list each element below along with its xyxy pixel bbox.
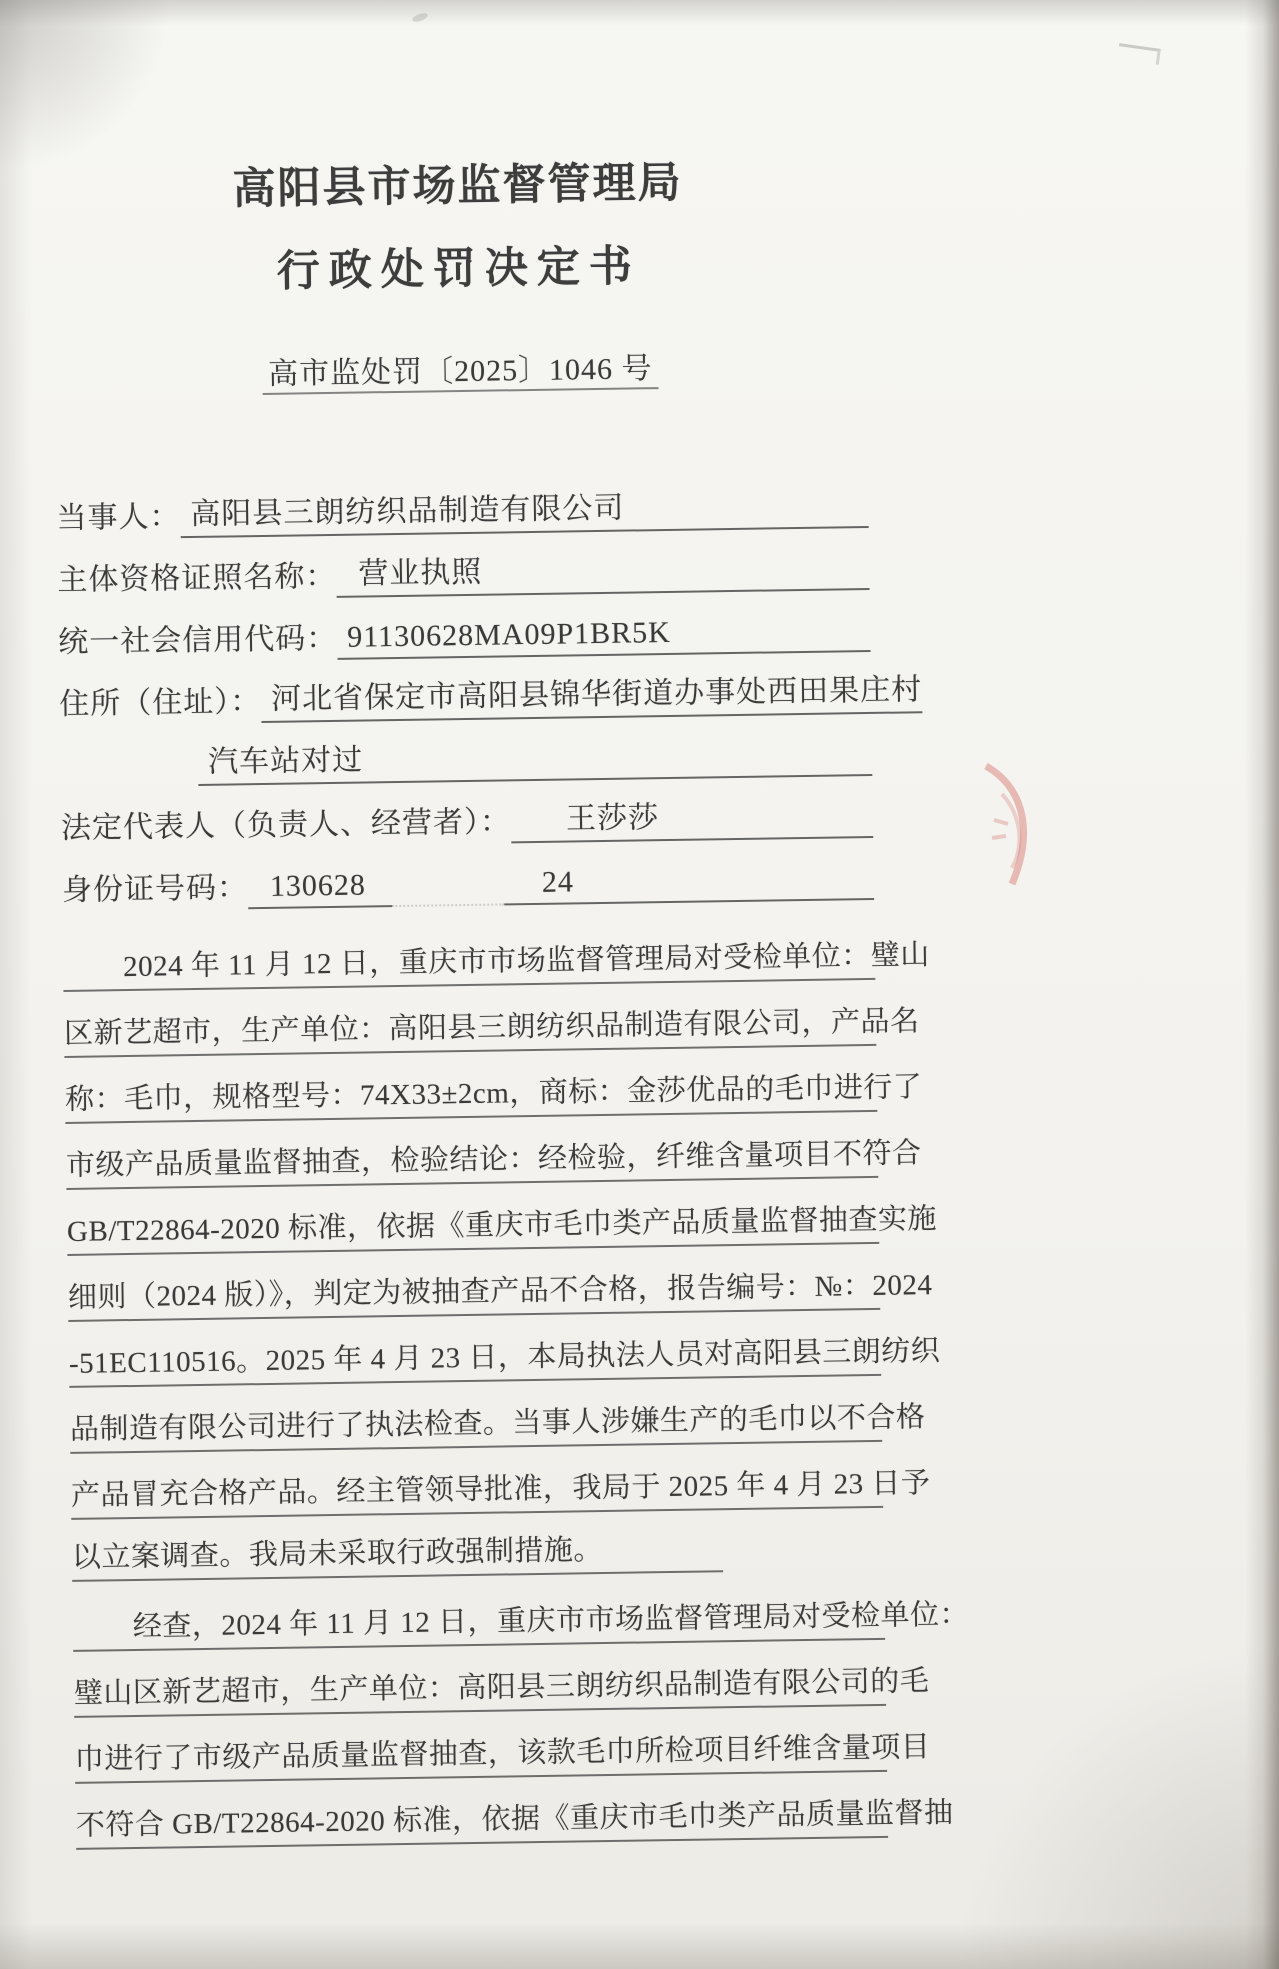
field-label-address: 住所（住址）： [59,676,262,726]
body-line: -51EC110516。2025 年 4 月 23 日，本局执法人员对高阳县三朗… [68,1310,881,1388]
body-line: 市级产品质量监督抽查，检验结论：经检验，纤维含量项目不符合 [65,1112,878,1190]
field-row-id-number: 身份证号码： 130628 24 [61,844,874,912]
field-row-credit-code: 统一社会信用代码： 91130628MA09P1BR5K [58,596,871,664]
body-line: 称：毛巾，规格型号：74X33±2cm，商标：金莎优品的毛巾进行了 [64,1046,877,1124]
field-value-party: 高阳县三朗纺织品制造有限公司 [180,479,869,538]
body-line: GB/T22864-2020 标准，依据《重庆市毛巾类产品质量监督抽查实施 [66,1178,879,1256]
field-value-credit-code: 91130628MA09P1BR5K [337,613,871,660]
document-title-authority: 高阳县市场监督管理局 [51,146,864,219]
body-line: 璧山区新艺超市，生产单位：高阳县三朗纺织品制造有限公司的毛 [73,1640,886,1718]
field-label-license-name: 主体资格证照名称： [57,551,337,602]
field-value-license-name: 营业执照 [336,541,870,598]
body-line: 经查，2024 年 11 月 12 日，重庆市市场监督管理局对受检单位： [72,1574,885,1652]
field-label-credit-code: 统一社会信用代码： [58,613,338,664]
scan-artifact-mark [1117,43,1161,65]
body-line: 巾进行了市级产品质量监督抽查，该款毛巾所检项目纤维含量项目 [74,1706,887,1784]
field-value-address: 河北省保定市高阳县锦华街道办事处西田果庄村 [261,664,923,723]
id-number-redacted-gap [392,903,504,907]
field-value-legal-rep: 王莎莎 [511,789,874,843]
doc-number-line: 高市监处罚〔2025〕1046 号 [54,340,867,396]
field-row-party: 当事人： 高阳县三朗纺织品制造有限公司 [56,472,869,540]
field-row-license-name: 主体资格证照名称： 营业执照 [57,534,870,602]
field-row-address: 住所（住址）： 河北省保定市高阳县锦华街道办事处西田果庄村 [59,658,872,726]
body-line: 产品冒充合格产品。经主管领导批准，我局于 2025 年 4 月 23 日予 [70,1442,883,1520]
body-line: 品制造有限公司进行了执法检查。当事人涉嫌生产的毛巾以不合格 [69,1376,882,1454]
body-line: 不符合 GB/T22864-2020 标准，依据《重庆市毛巾类产品质量监督抽 [75,1772,888,1850]
body-line: 以立案调查。我局未采取行政强制措施。 [71,1508,884,1586]
field-label-legal-rep: 法定代表人（负责人、经营者）： [61,796,512,850]
body-line: 区新艺超市，生产单位：高阳县三朗纺织品制造有限公司，产品名 [63,980,876,1058]
field-row-legal-rep: 法定代表人（负责人、经营者）： 王莎莎 [61,782,874,850]
body-line: 细则（2024 版）》，判定为被抽查产品不合格，报告编号：№：2024 [67,1244,880,1322]
document-photo: 高阳县市场监督管理局 行政处罚决定书 高市监处罚〔2025〕1046 号 当事人… [0,0,1279,1969]
field-row-address-continuation: 汽车站对过 [60,720,873,788]
red-seal-fragment [972,760,1048,890]
field-value-id-suffix: 24 [504,861,875,905]
party-info-fields: 当事人： 高阳县三朗纺织品制造有限公司 主体资格证照名称： 营业执照 统一社会信… [56,472,874,912]
decision-body-text: 2024 年 11 月 12 日，重庆市市场监督管理局对受检单位：璧山 区新艺超… [62,914,888,1850]
penalty-decision-sheet: 高阳县市场监督管理局 行政处罚决定书 高市监处罚〔2025〕1046 号 当事人… [49,0,888,1850]
address-continuation-indent [60,786,198,788]
document-title-type: 行政处罚决定书 [52,229,865,302]
field-value-id-prefix: 130628 [248,868,393,909]
field-label-id-number: 身份证号码： [62,862,249,912]
field-value-address-continuation: 汽车站对过 [198,727,873,786]
doc-number: 高市监处罚〔2025〕1046 号 [262,352,659,395]
body-line: 2024 年 11 月 12 日，重庆市市场监督管理局对受检单位：璧山 [62,914,875,992]
body-line-text: 以立案调查。我局未采取行政强制措施。 [72,1525,724,1582]
field-label-party: 当事人： [56,491,181,540]
